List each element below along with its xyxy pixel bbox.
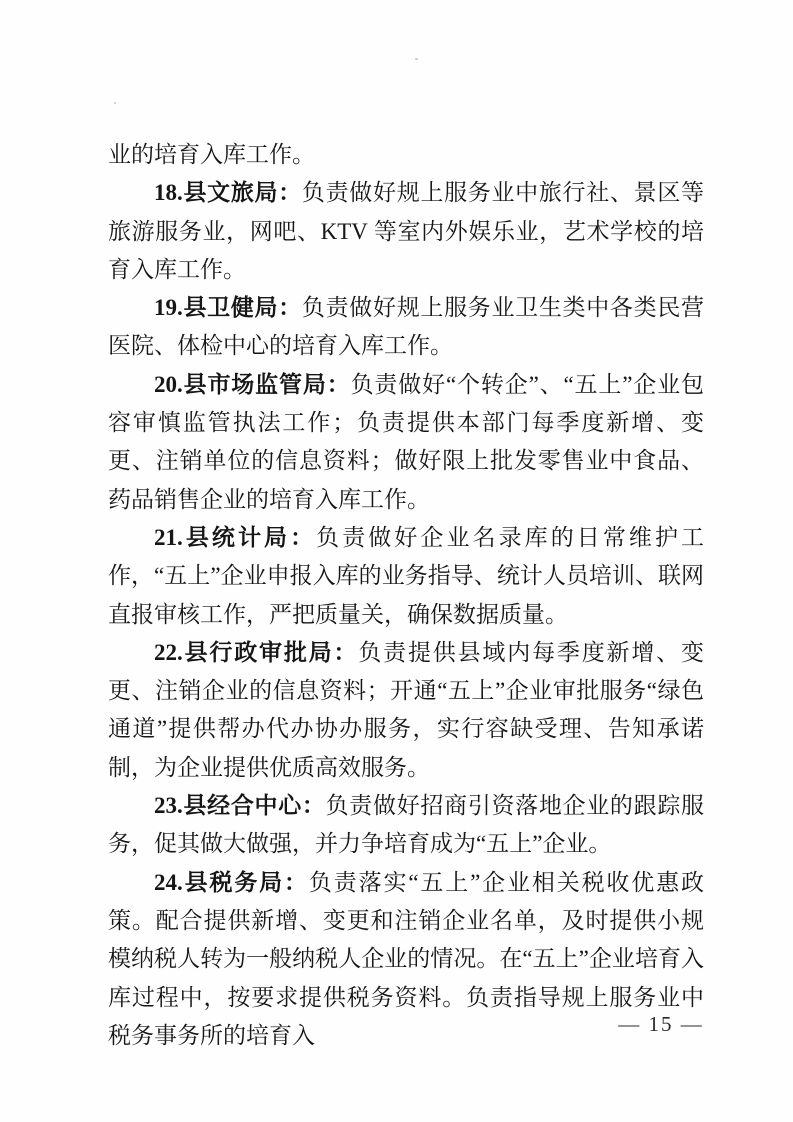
department-label: 21.县统计局： — [154, 525, 316, 550]
document-body: 业的培育入库工作。18.县文旅局：负责做好规上服务业中旅行社、景区等旅游服务业，… — [108, 136, 704, 1055]
scan-speck — [415, 58, 418, 60]
department-label: 19.县卫健局： — [154, 295, 302, 320]
department-label: 22.县行政审批局： — [154, 640, 358, 665]
page-number: — 15 — — [600, 1012, 722, 1037]
paragraph: 21.县统计局：负责做好企业名录库的日常维护工作，“五上”企业申报入库的业务指导… — [108, 519, 704, 634]
paragraph: 20.县市场监管局：负责做好“个转企”、“五上”企业包容审慎监管执法工作；负责提… — [108, 366, 704, 519]
department-label: 23.县经合中心： — [154, 793, 326, 818]
department-label: 18.县文旅局： — [154, 180, 302, 205]
department-label: 20.县市场监管局： — [154, 372, 351, 397]
paragraph: 业的培育入库工作。 — [108, 136, 704, 174]
paragraph-text: 业的培育入库工作。 — [108, 142, 315, 167]
document-page: 业的培育入库工作。18.县文旅局：负责做好规上服务业中旅行社、景区等旅游服务业，… — [0, 0, 793, 1122]
paragraph: 22.县行政审批局：负责提供县域内每季度新增、变更、注销企业的信息资料；开通“五… — [108, 634, 704, 787]
department-label: 24.县税务局： — [154, 870, 309, 895]
paragraph: 18.县文旅局：负责做好规上服务业中旅行社、景区等旅游服务业，网吧、KTV 等室… — [108, 174, 704, 289]
scan-speck — [114, 102, 116, 104]
paragraph: 19.县卫健局：负责做好规上服务业卫生类中各类民营医院、体检中心的培育入库工作。 — [108, 289, 704, 366]
paragraph: 23.县经合中心：负责做好招商引资落地企业的跟踪服务，促其做大做强，并力争培育成… — [108, 787, 704, 864]
